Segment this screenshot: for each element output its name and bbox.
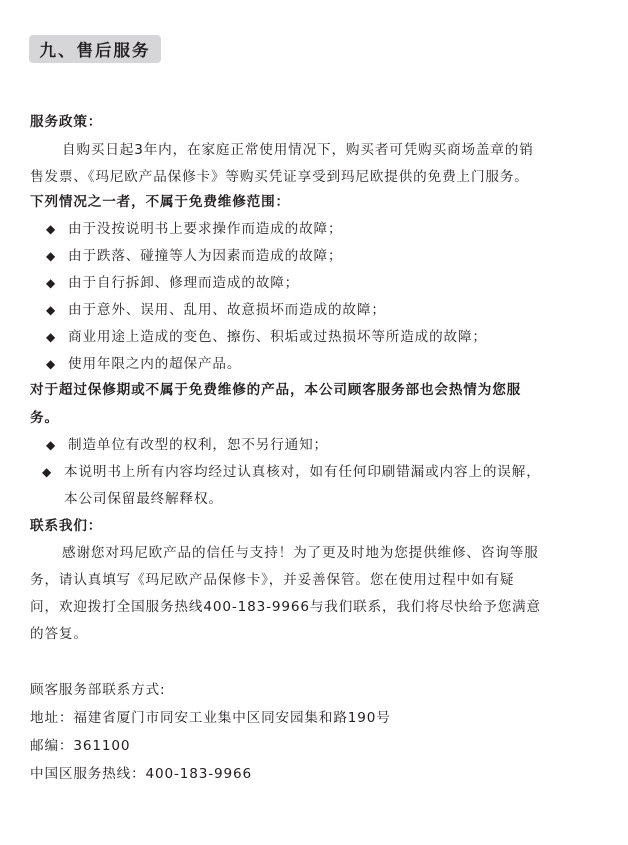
exclusion-item: ◆由于没按说明书上要求操作而造成的故障； — [46, 220, 342, 238]
exclusion-item: ◆使用年限之内的超保产品。 — [46, 355, 241, 373]
diamond-bullet-icon: ◆ — [46, 355, 68, 373]
exclusions-title: 下列情况之一者，不属于免费维修范围： — [30, 193, 290, 211]
exclusion-item-text: 商业用途上造成的变色、擦伤、积垢或过热损坏等所造成的故障； — [68, 329, 487, 345]
diamond-bullet-icon: ◆ — [46, 247, 68, 265]
notice-item-continuation: 本公司保留最终解释权。 — [64, 490, 223, 508]
contact-hotline: 中国区服务热线：400-183-9966 — [30, 765, 252, 783]
out-of-warranty-line: 对于超过保修期或不属于免费维修的产品，本公司顾客服务部也会热情为您服 — [30, 381, 521, 399]
exclusion-item: ◆商业用途上造成的变色、擦伤、积垢或过热损坏等所造成的故障； — [46, 328, 487, 346]
diamond-bullet-icon: ◆ — [46, 274, 68, 292]
exclusion-item: ◆由于意外、误用、乱用、故意损坏而造成的故障； — [46, 301, 386, 319]
exclusion-item-text: 由于没按说明书上要求操作而造成的故障； — [68, 221, 342, 237]
contact-paragraph-line: 感谢您对玛尼欧产品的信任与支持！为了更及时地为您提供维修、咨询等服 — [62, 544, 539, 562]
diamond-bullet-icon: ◆ — [46, 328, 68, 346]
contact-address: 地址：福建省厦门市同安工业集中区同安园集和路190号 — [30, 709, 391, 727]
section-heading: 九、售后服务 — [29, 35, 161, 63]
diamond-bullet-icon: ◆ — [46, 301, 68, 319]
policy-title: 服务政策： — [30, 113, 102, 131]
contact-title: 联系我们： — [30, 517, 102, 535]
diamond-bullet-icon: ◆ — [46, 436, 68, 454]
contact-info-title: 顾客服务部联系方式: — [30, 681, 165, 699]
exclusion-item-text: 使用年限之内的超保产品。 — [68, 356, 241, 372]
contact-postcode: 邮编：361100 — [30, 737, 130, 755]
exclusion-item: ◆由于跌落、碰撞等人为因素而造成的故障； — [46, 247, 342, 265]
notice-item: ◆制造单位有改型的权利，恕不另行通知； — [46, 436, 328, 454]
notice-item: ◆本说明书上所有内容均经过认真核对，如有任何印刷错漏或内容上的误解， — [42, 463, 541, 481]
policy-paragraph-line: 自购买日起3年内，在家庭正常使用情况下，购买者可凭购买商场盖章的销 — [62, 141, 534, 159]
diamond-bullet-icon: ◆ — [42, 463, 64, 481]
exclusion-item-text: 由于意外、误用、乱用、故意损坏而造成的故障； — [68, 302, 386, 318]
exclusion-item-text: 由于自行拆卸、修理而造成的故障； — [68, 275, 299, 291]
notice-item-text: 制造单位有改型的权利，恕不另行通知； — [68, 437, 328, 453]
contact-paragraph-line: 务，请认真填写《玛尼欧产品保修卡》，并妥善保管。您在使用过程中如有疑 — [30, 571, 514, 589]
contact-paragraph-line: 的答复。 — [30, 625, 88, 643]
section-heading-text: 九、售后服务 — [40, 37, 151, 61]
contact-paragraph-line: 问，欢迎拨打全国服务热线400-183-9966与我们联系，我们将尽快给予您满意 — [30, 598, 541, 616]
diamond-bullet-icon: ◆ — [46, 220, 68, 238]
exclusion-item-text: 由于跌落、碰撞等人为因素而造成的故障； — [68, 248, 342, 264]
notice-item-text: 本说明书上所有内容均经过认真核对，如有任何印刷错漏或内容上的误解， — [64, 464, 541, 480]
policy-paragraph-line: 售发票、《玛尼欧产品保修卡》等购买凭证享受到玛尼欧提供的免费上门服务。 — [30, 168, 529, 186]
out-of-warranty-line: 务。 — [30, 409, 59, 427]
exclusion-item: ◆由于自行拆卸、修理而造成的故障； — [46, 274, 299, 292]
